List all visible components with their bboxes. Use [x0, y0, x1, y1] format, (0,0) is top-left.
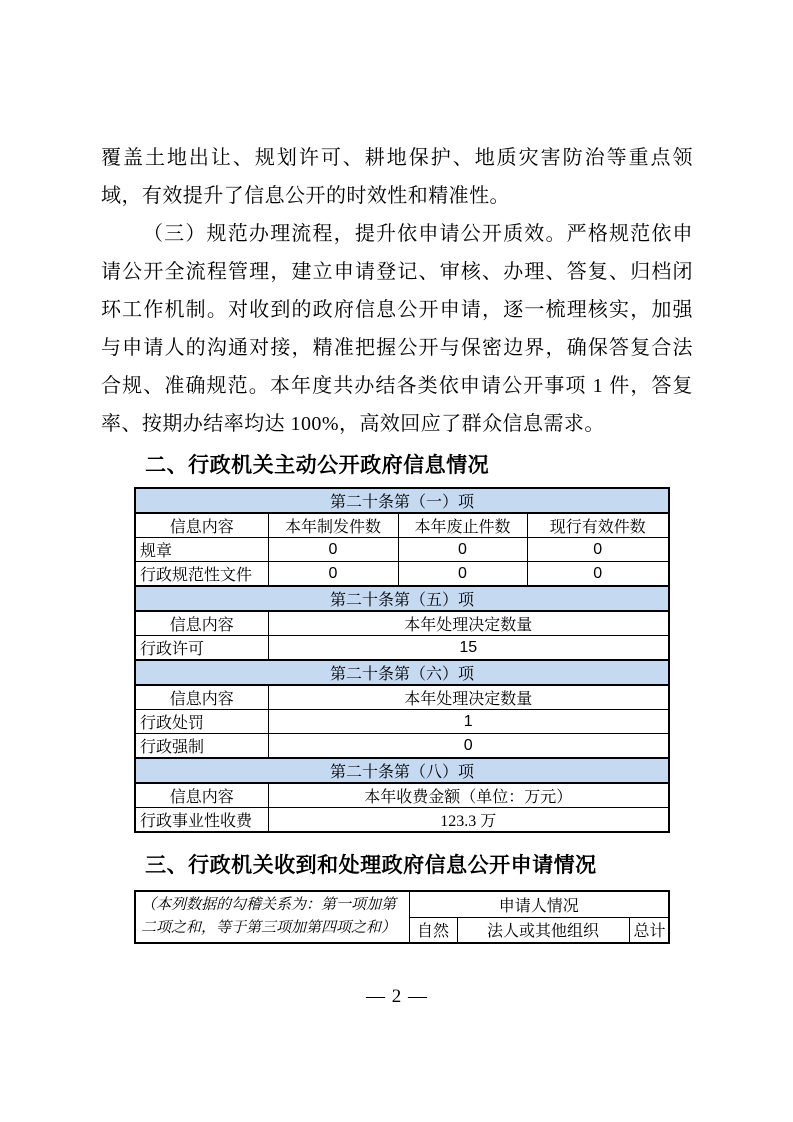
cell-value: 1 [268, 710, 669, 734]
page-number: — 2 — [101, 986, 693, 1008]
section-title-row: 第二十条第（八）项 [135, 758, 669, 783]
article20-table: 第二十条第（一）项 信息内容 本年制发件数 本年废止件数 现行有效件数 规章 0… [134, 487, 670, 833]
row-label-admin-license: 行政许可 [135, 636, 268, 661]
cell-value: 123.3 万 [268, 808, 669, 833]
table-row: 行政规范性文件 0 0 0 [135, 562, 669, 587]
header-row: 信息内容 本年收费金额（单位：万元） [135, 783, 669, 808]
header-row: 信息内容 本年制发件数 本年废止件数 现行有效件数 [135, 513, 669, 538]
cell-value: 15 [268, 636, 669, 661]
section-title-row: 第二十条第（五）项 [135, 586, 669, 611]
heading-section-3: 三、行政机关收到和处理政府信息公开申请情况 [101, 851, 693, 881]
table-row: 行政许可 15 [135, 636, 669, 661]
row-label-admin-penalty: 行政处罚 [135, 710, 268, 734]
cell-value: 0 [527, 538, 669, 562]
document-page: 覆盖土地出让、规划许可、耕地保护、地质灾害防治等重点领域，有效提升了信息公开的时… [0, 0, 793, 1122]
col-header-decisions: 本年处理决定数量 [268, 685, 669, 710]
col-header-repealed: 本年废止件数 [398, 513, 527, 538]
applications-table: （本列数据的勾稽关系为：第一项加第二项之和，等于第三项加第四项之和） 申请人情况… [134, 890, 670, 944]
row-label-rules: 规章 [135, 538, 268, 562]
cell-value: 0 [268, 734, 669, 759]
col-header-decisions: 本年处理决定数量 [268, 611, 669, 636]
cell-value: 0 [398, 538, 527, 562]
page-content: 覆盖土地出让、规划许可、耕地保护、地质灾害防治等重点领域，有效提升了信息公开的时… [0, 0, 793, 1008]
col-header-info-content: 信息内容 [135, 685, 268, 710]
col-header-fees: 本年收费金额（单位：万元） [268, 783, 669, 808]
row-label-admin-coercion: 行政强制 [135, 734, 268, 759]
section-title-item1: 第二十条第（一）项 [135, 488, 669, 513]
cell-value: 0 [268, 538, 398, 562]
cell-value: 0 [398, 562, 527, 587]
paragraph-process: （三）规范办理流程，提升依申请公开质效。严格规范依申请公开全流程管理，建立申请登… [101, 215, 693, 443]
header-row: 信息内容 本年处理决定数量 [135, 611, 669, 636]
row-label-admin-fees: 行政事业性收费 [135, 808, 268, 833]
cell-value: 0 [527, 562, 669, 587]
section-title-item8: 第二十条第（八）项 [135, 758, 669, 783]
section-title-item6: 第二十条第（六）项 [135, 660, 669, 685]
col-header-natural-person: 自然 [409, 917, 457, 943]
section-title-item5: 第二十条第（五）项 [135, 586, 669, 611]
col-header-info-content: 信息内容 [135, 611, 268, 636]
paragraph-coverage: 覆盖土地出让、规划许可、耕地保护、地质灾害防治等重点领域，有效提升了信息公开的时… [101, 139, 693, 215]
heading-section-2: 二、行政机关主动公开政府信息情况 [101, 451, 693, 481]
table-row: 规章 0 0 0 [135, 538, 669, 562]
table-row: 行政强制 0 [135, 734, 669, 759]
table-row: 行政处罚 1 [135, 710, 669, 734]
col-header-legal-entity: 法人或其他组织 [457, 917, 629, 943]
col-header-issued: 本年制发件数 [268, 513, 398, 538]
col-header-info-content: 信息内容 [135, 783, 268, 808]
col-header-applicant: 申请人情况 [409, 891, 669, 917]
col-header-total: 总计 [629, 917, 669, 943]
reconciliation-note: （本列数据的勾稽关系为：第一项加第二项之和，等于第三项加第四项之和） [135, 891, 409, 943]
header-row: 信息内容 本年处理决定数量 [135, 685, 669, 710]
section-title-row: 第二十条第（六）项 [135, 660, 669, 685]
col-header-in-effect: 现行有效件数 [527, 513, 669, 538]
col-header-info-content: 信息内容 [135, 513, 268, 538]
row-label-normative-docs: 行政规范性文件 [135, 562, 268, 587]
cell-value: 0 [268, 562, 398, 587]
table-row: 行政事业性收费 123.3 万 [135, 808, 669, 833]
section-title-row: 第二十条第（一）项 [135, 488, 669, 513]
table-row: （本列数据的勾稽关系为：第一项加第二项之和，等于第三项加第四项之和） 申请人情况 [135, 891, 669, 917]
